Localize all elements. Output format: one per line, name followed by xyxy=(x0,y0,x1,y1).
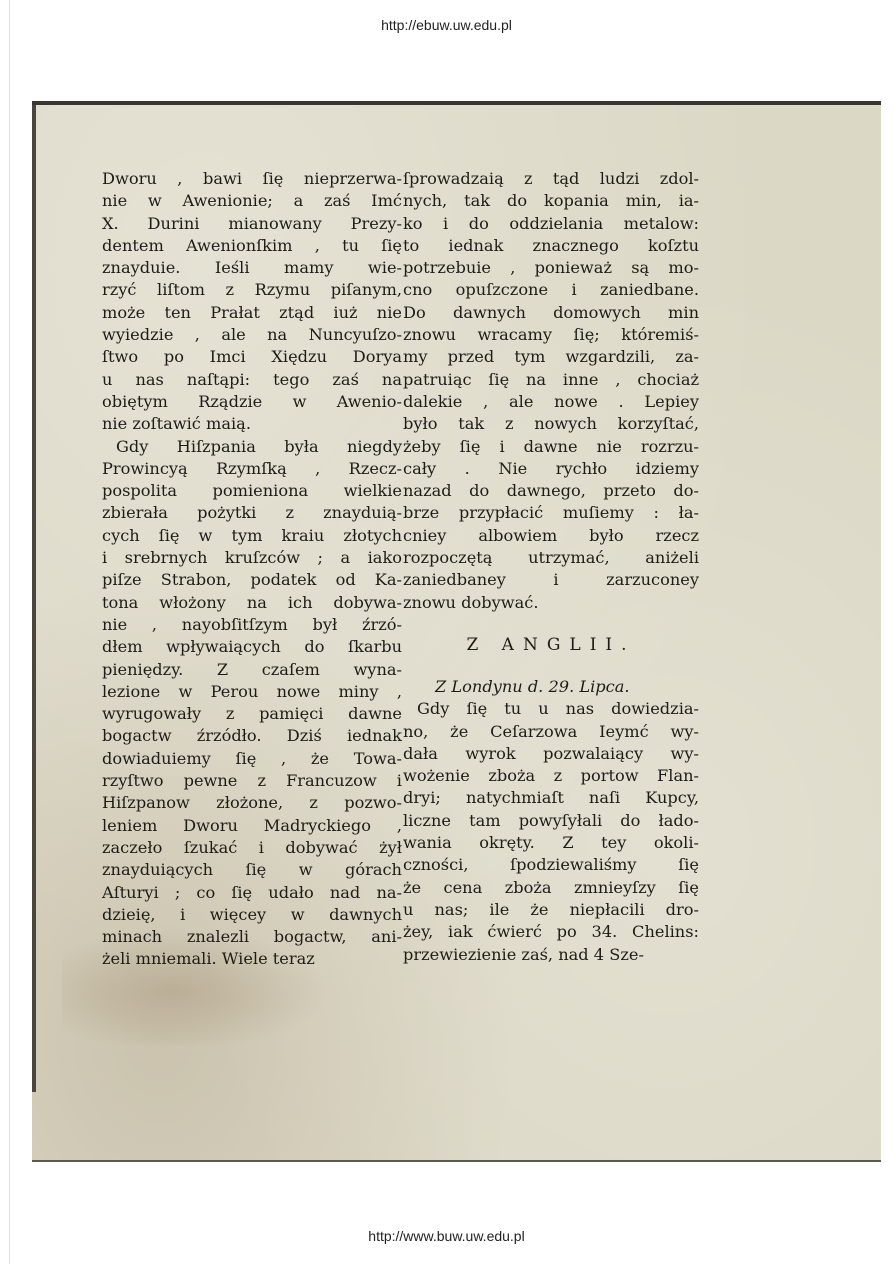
text-line: było tak z nowych korzyſtać, xyxy=(403,413,699,435)
text-line: nych, tak do kopania min, ia- xyxy=(403,190,699,212)
text-line: że cena zboża zmnieyſzy ſię xyxy=(403,877,699,899)
text-line: wyrugowały z pamięci dawne xyxy=(102,703,402,725)
text-line: my przed tym wzgardzili, za- xyxy=(403,346,699,368)
text-line: Gdy ſię tu u nas dowiedzia- xyxy=(403,698,699,720)
right-column: ſprowadzaią z tąd ludzi zdol-nych, tak d… xyxy=(403,168,699,966)
text-line: minach znalezli bogactw, ani- xyxy=(102,926,402,948)
text-line: nie , nayobſitſzym był źrzó- xyxy=(102,614,402,636)
text-line: tona włożony na ich dobywa- xyxy=(102,592,402,614)
text-line: zbierała pożytki z znayduią- xyxy=(102,502,402,524)
footer-url[interactable]: http://www.buw.uw.edu.pl xyxy=(0,1228,893,1244)
text-line: pospolita pomieniona wielkie xyxy=(102,480,402,502)
text-line: może ten Prałat ztąd iuż nie xyxy=(102,302,402,324)
text-line: Hiſzpanow złożone, z pozwo- xyxy=(102,792,402,814)
text-line: i srebrnych kruſzców ; a iako xyxy=(102,547,402,569)
text-line: żeby ſię i dawne nie rozrzu- xyxy=(403,436,699,458)
text-line: cały . Nie rychło idziemy xyxy=(403,458,699,480)
text-line: wyiedzie , ale na Nuncyuſzo- xyxy=(102,324,402,346)
text-line: cniey albowiem było rzecz xyxy=(403,525,699,547)
text-line: potrzebuie , ponieważ są mo- xyxy=(403,257,699,279)
text-line: u nas naſtąpi: tego zaś na xyxy=(102,369,402,391)
text-line: żey, iak ćwierć po 34. Chelins: xyxy=(403,921,699,943)
text-line: cno opuſzczone i zaniedbane. xyxy=(403,279,699,301)
section-heading: Z ANGLII. xyxy=(403,634,699,656)
scanned-page: Dworu , bawi ſię nieprzerwa-nie w Awenio… xyxy=(32,101,881,1162)
text-line: to iednak znacznego koſztu xyxy=(403,235,699,257)
text-line: rzyſtwo pewne z Francuzow i xyxy=(102,770,402,792)
text-line: ſprowadzaią z tąd ludzi zdol- xyxy=(403,168,699,190)
text-line: dalekie , ale nowe . Lepiey xyxy=(403,391,699,413)
text-line: pieniędzy. Z czaſem wyna- xyxy=(102,659,402,681)
text-line: wożenie zboża z portow Flan- xyxy=(403,765,699,787)
text-line: dowiaduiemy ſię , że Towa- xyxy=(102,748,402,770)
text-line: bogactw źrzódło. Dziś iednak xyxy=(102,725,402,747)
text-line: zaczeło ſzukać i dobywać żył xyxy=(102,837,402,859)
text-line: znowu dobywać. xyxy=(403,592,699,614)
text-line: rozpoczętą utrzymać, aniżeli xyxy=(403,547,699,569)
text-line: Do dawnych domowych min xyxy=(403,302,699,324)
text-line: żeli mniemali. Wiele teraz xyxy=(102,948,402,970)
text-line: przewiezienie zaś, nad 4 Sze- xyxy=(403,944,699,966)
text-line: X. Durini mianowany Prezy- xyxy=(102,213,402,235)
text-line: wania okręty. Z tey okoli- xyxy=(403,832,699,854)
text-line: dentem Awenionſkim , tu ſię xyxy=(102,235,402,257)
text-line: dzieię, i więcey w dawnych xyxy=(102,904,402,926)
text-line: liczne tam powyſyłali do łado- xyxy=(403,810,699,832)
text-line: znowu wracamy ſię; któremiś- xyxy=(403,324,699,346)
text-line: leniem Dworu Madryckiego , xyxy=(102,815,402,837)
text-line: zaniedbaney i zarzuconey xyxy=(403,569,699,591)
header-url[interactable]: http://ebuw.uw.edu.pl xyxy=(0,17,893,33)
text-line: Prowincyą Rzymſką , Rzecz- xyxy=(102,458,402,480)
margin-line xyxy=(9,0,10,1264)
text-line: dała wyrok pozwalaiący wy- xyxy=(403,743,699,765)
text-line: ſtwo po Imci Xiędzu Dorya xyxy=(102,346,402,368)
text-line: rzyć liſtom z Rzymu piſanym, xyxy=(102,279,402,301)
text-line: znayduie. Ieśli mamy wie- xyxy=(102,257,402,279)
text-line: Dworu , bawi ſię nieprzerwa- xyxy=(102,168,402,190)
text-line: znayduiących ſię w górach xyxy=(102,859,402,881)
text-line: brze przypłacić muſiemy : ła- xyxy=(403,502,699,524)
text-line: nie w Awenionie; a zaś Imć xyxy=(102,190,402,212)
text-line: lezione w Perou nowe miny , xyxy=(102,681,402,703)
text-line: czności, ſpodziewaliśmy ſię xyxy=(403,854,699,876)
dateline: Z Londynu d. 29. Lipca. xyxy=(403,676,699,698)
text-line: obiętym Rządzie w Awenio- xyxy=(102,391,402,413)
text-line: u nas; ile że niepłacili dro- xyxy=(403,899,699,921)
text-line: nazad do dawnego, przeto do- xyxy=(403,480,699,502)
text-line: no, że Ceſarzowa Ieymć wy- xyxy=(403,721,699,743)
right-column-text-before: ſprowadzaią z tąd ludzi zdol-nych, tak d… xyxy=(403,168,699,614)
text-line: cych ſię w tym kraiu złotych xyxy=(102,525,402,547)
text-line: Aſturyi ; co ſię udało nad na- xyxy=(102,882,402,904)
text-line: ko i do oddzielania metalow: xyxy=(403,213,699,235)
text-line: dłem wpływaiących do ſkarbu xyxy=(102,636,402,658)
text-line: patruiąc ſię na inne , chociaż xyxy=(403,369,699,391)
text-line: Gdy Hiſzpania była niegdy xyxy=(102,436,402,458)
text-line: dryi; natychmiaſt naſi Kupcy, xyxy=(403,787,699,809)
left-column: Dworu , bawi ſię nieprzerwa-nie w Awenio… xyxy=(102,168,402,971)
text-line: nie zoſtawić maią. xyxy=(102,413,402,435)
right-column-text-after: Gdy ſię tu u nas dowiedzia-no, że Ceſarz… xyxy=(403,698,699,966)
text-line: piſze Strabon, podatek od Ka- xyxy=(102,569,402,591)
